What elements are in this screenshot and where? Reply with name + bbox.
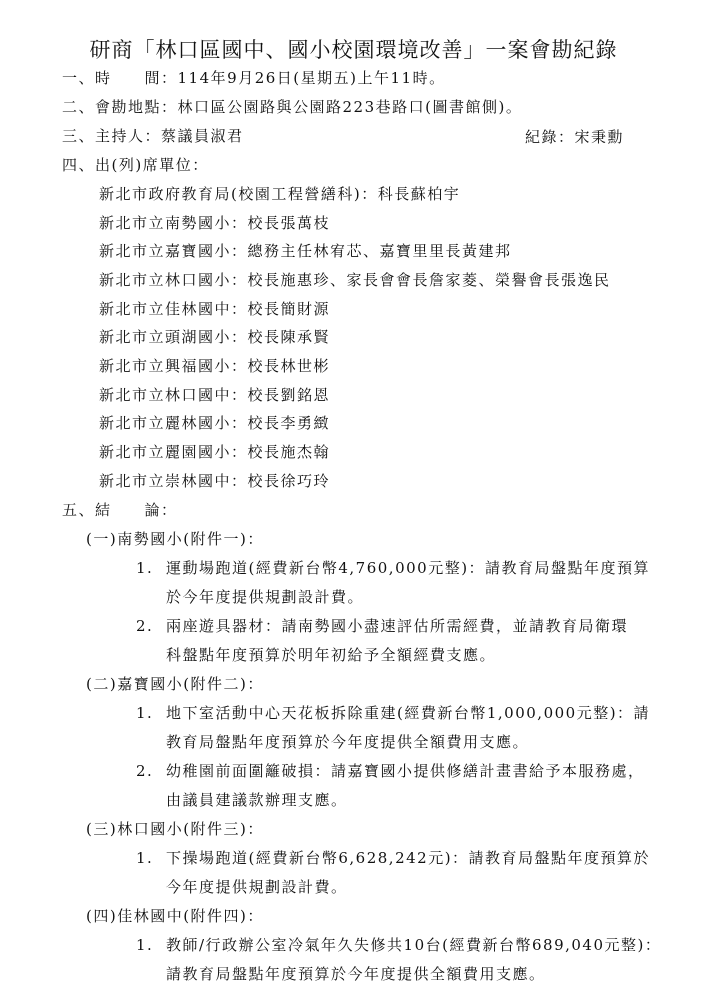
- conclusion-heading: (二)嘉寶國小(附件二)：: [86, 674, 264, 694]
- item-text: 兩座遊具器材：請南勢國小盡速評估所需經費，並請教育局衛環: [166, 617, 628, 635]
- host-label: 三、主持人：: [62, 127, 161, 145]
- attendee-item: 新北市立林口國小：校長施惠珍、家長會會長詹家菱、榮譽會長張逸民: [99, 270, 611, 290]
- item-number: 1.: [136, 848, 166, 868]
- meeting-host: 三、主持人：蔡議員淑君: [62, 126, 244, 146]
- location-label: 二、會勘地點：: [62, 98, 178, 116]
- item-number: 1.: [136, 935, 166, 955]
- conclusion-heading: (三)林口國小(附件三)：: [86, 819, 264, 839]
- item-text: 地下室活動中心天花板拆除重建(經費新台幣1,000,000元整)：請: [166, 704, 650, 722]
- conclusion-heading: (四)佳林國中(附件四)：: [86, 906, 264, 926]
- conclusion-item: 1.教師/行政辦公室冷氣年久失修共10台(經費新台幣689,040元整)：: [136, 935, 661, 955]
- conclusion-item: 1.運動場跑道(經費新台幣4,760,000元整)：請教育局盤點年度預算: [136, 558, 650, 578]
- attendee-item: 新北市立南勢國小：校長張萬枝: [99, 213, 330, 233]
- attendee-item: 新北市立麗園國小：校長施杰翰: [99, 442, 330, 462]
- conclusion-item: 1.地下室活動中心天花板拆除重建(經費新台幣1,000,000元整)：請: [136, 703, 650, 723]
- document-page: 研商「林口區國中、國小校園環境改善」一案會勘紀錄 一、時 間：114年9月26日…: [0, 0, 707, 1000]
- conclusion-heading: (一)南勢國小(附件一)：: [86, 529, 264, 549]
- item-continuation: 今年度提供規劃設計費。: [166, 877, 348, 897]
- item-continuation: 請教育局盤點年度預算於今年度提供全額費用支應。: [166, 964, 546, 984]
- attendee-item: 新北市立頭湖國小：校長陳承賢: [99, 327, 330, 347]
- item-number: 2.: [136, 616, 166, 636]
- item-text: 幼稚園前面圍籬破損：請嘉寶國小提供修繕計畫書給予本服務處，: [166, 762, 645, 780]
- item-text: 下操場跑道(經費新台幣6,628,242元)：請教育局盤點年度預算於: [166, 849, 650, 867]
- item-continuation: 科盤點年度預算於明年初給予全額經費支應。: [166, 645, 496, 665]
- attendee-item: 新北市立麗林國小：校長李勇緻: [99, 413, 330, 433]
- meeting-time: 一、時 間：114年9月26日(星期五)上午11時。: [62, 68, 446, 88]
- attendee-item: 新北市立佳林國中：校長簡財源: [99, 299, 330, 319]
- attendee-item: 新北市政府教育局(校園工程營繕科)：科長蘇柏宇: [99, 184, 460, 204]
- recorder-label: 紀錄：: [525, 128, 575, 146]
- item-continuation: 由議員建議款辦理支應。: [166, 790, 348, 810]
- item-continuation: 於今年度提供規劃設計費。: [166, 587, 364, 607]
- attendee-item: 新北市立崇林國中：校長徐巧玲: [99, 471, 330, 491]
- item-continuation: 教育局盤點年度預算於今年度提供全額費用支應。: [166, 732, 529, 752]
- conclusion-label: 五、結 論：: [62, 500, 178, 520]
- attendee-item: 新北市立林口國中：校長劉銘恩: [99, 385, 330, 405]
- conclusion-item: 2.兩座遊具器材：請南勢國小盡速評估所需經費，並請教育局衛環: [136, 616, 628, 636]
- attendees-label: 四、出(列)席單位：: [62, 155, 209, 175]
- meeting-location: 二、會勘地點：林口區公園路與公園路223巷路口(圖書館側)。: [62, 97, 522, 117]
- attendee-item: 新北市立嘉寶國小：總務主任林宥芯、嘉寶里里長黃建邦: [99, 241, 512, 261]
- conclusion-item: 2.幼稚園前面圍籬破損：請嘉寶國小提供修繕計畫書給予本服務處，: [136, 761, 645, 781]
- item-text: 教師/行政辦公室冷氣年久失修共10台(經費新台幣689,040元整)：: [166, 936, 661, 954]
- attendee-item: 新北市立興福國小：校長林世彬: [99, 356, 330, 376]
- meeting-recorder: 紀錄：宋秉勳: [525, 126, 624, 147]
- location-value: 林口區公園路與公園路223巷路口(圖書館側)。: [178, 98, 523, 116]
- item-number: 1.: [136, 558, 166, 578]
- host-value: 蔡議員淑君: [161, 127, 244, 145]
- recorder-value: 宋秉勳: [575, 128, 625, 146]
- item-number: 1.: [136, 703, 166, 723]
- time-label: 一、時 間：: [62, 69, 178, 87]
- document-title: 研商「林口區國中、國小校園環境改善」一案會勘紀錄: [0, 34, 707, 64]
- conclusion-item: 1.下操場跑道(經費新台幣6,628,242元)：請教育局盤點年度預算於: [136, 848, 650, 868]
- time-value: 114年9月26日(星期五)上午11時。: [178, 69, 446, 87]
- item-number: 2.: [136, 761, 166, 781]
- item-text: 運動場跑道(經費新台幣4,760,000元整)：請教育局盤點年度預算: [166, 559, 650, 577]
